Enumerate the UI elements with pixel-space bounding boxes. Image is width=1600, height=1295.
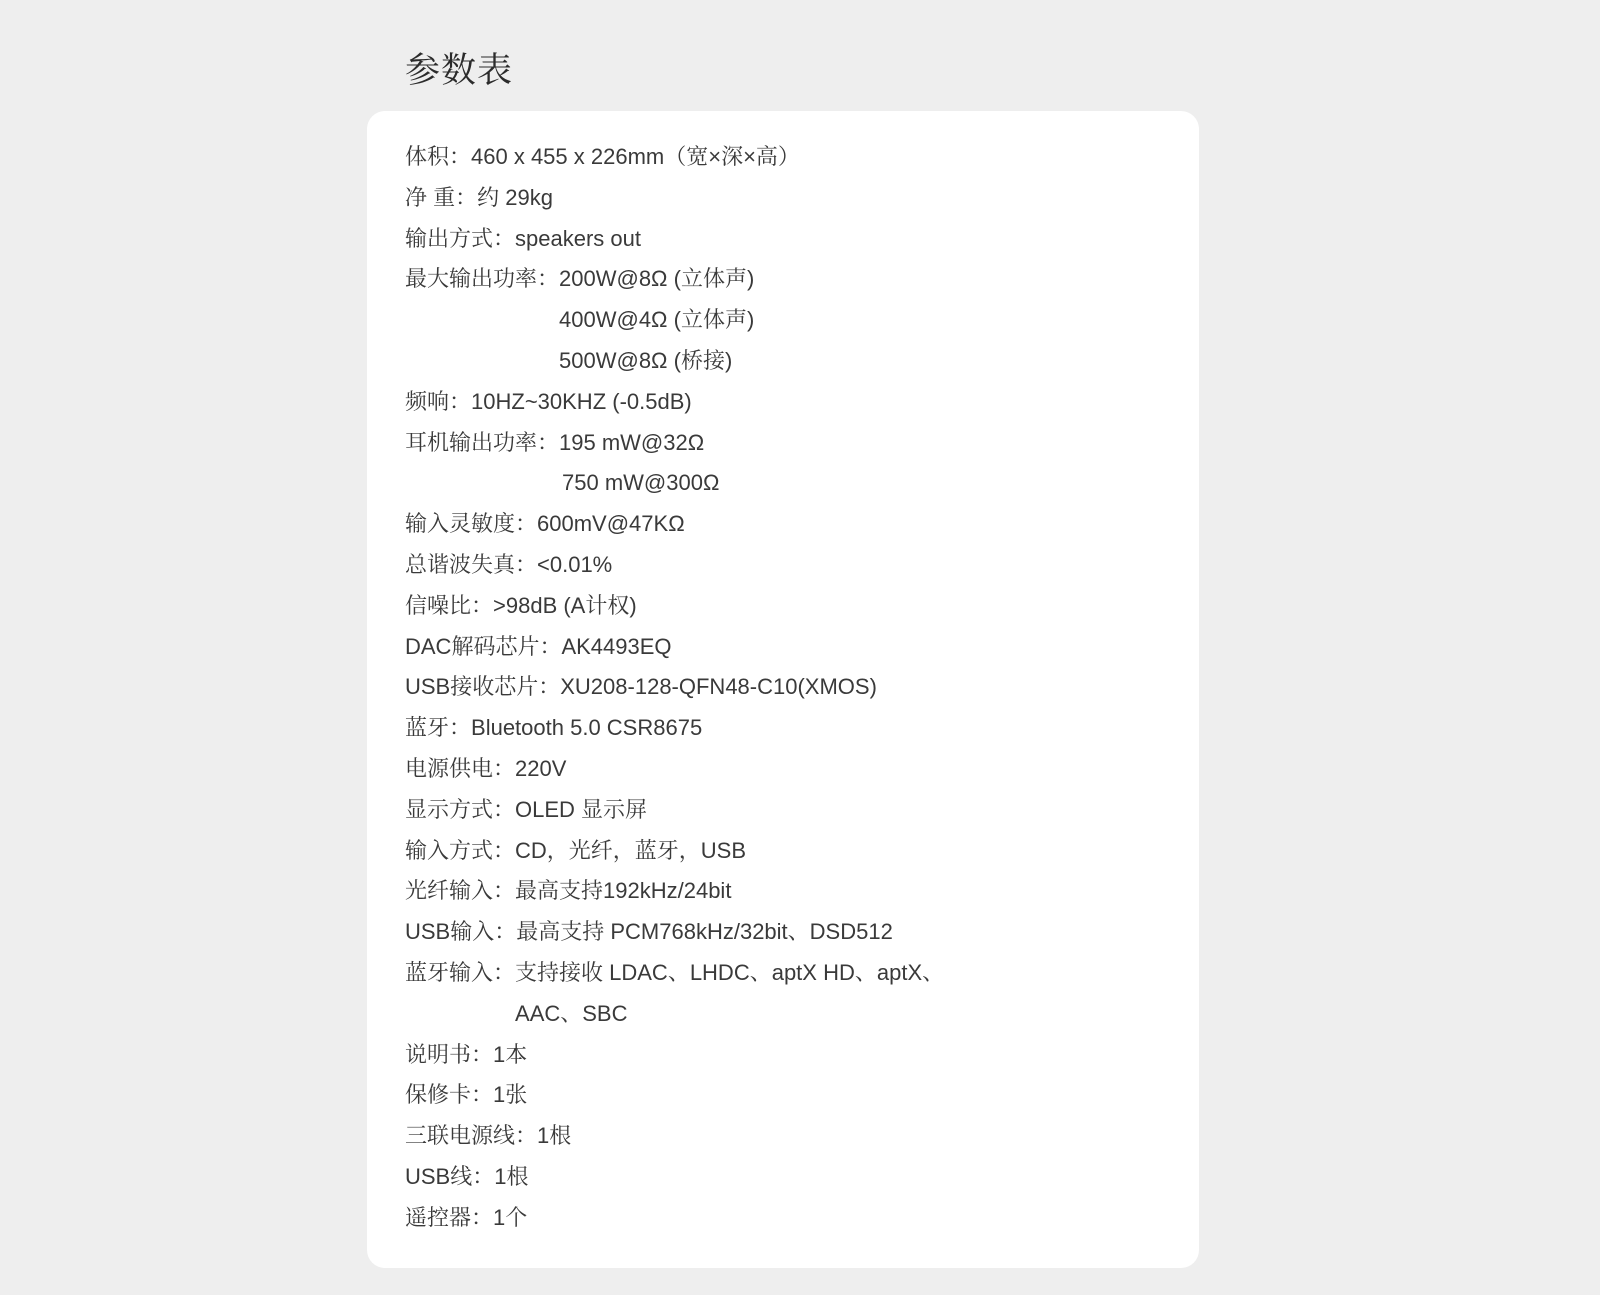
spec-label: 保修卡： bbox=[405, 1075, 493, 1116]
spec-row-power-cord: 三联电源线： 1根 bbox=[405, 1116, 944, 1157]
spec-value: 400W@4Ω (立体声) bbox=[559, 300, 754, 341]
spec-value: 600mV@47KΩ bbox=[537, 504, 685, 545]
spec-label: 输出方式： bbox=[405, 219, 515, 260]
spec-label: USB线： bbox=[405, 1157, 494, 1198]
spec-row-usb-receiver-chip: USB接收芯片： XU208-128-QFN48-C10(XMOS) bbox=[405, 667, 944, 708]
spec-row-power-supply: 电源供电： 220V bbox=[405, 749, 944, 790]
spec-label: 输入方式： bbox=[405, 831, 515, 872]
spec-label: 三联电源线： bbox=[405, 1116, 537, 1157]
spec-row-usb-cable: USB线： 1根 bbox=[405, 1157, 944, 1198]
spec-row-frequency-response: 频响： 10HZ~30KHZ (-0.5dB) bbox=[405, 382, 944, 423]
spec-value: XU208-128-QFN48-C10(XMOS) bbox=[560, 667, 877, 708]
spec-value: 最高支持 PCM768kHz/32bit、DSD512 bbox=[516, 912, 893, 953]
spec-value: <0.01% bbox=[537, 545, 612, 586]
spec-row-net-weight: 净 重： 约 29kg bbox=[405, 178, 944, 219]
spec-value: >98dB (A计权) bbox=[493, 586, 637, 627]
spec-row-input-modes: 输入方式： CD，光纤，蓝牙，USB bbox=[405, 831, 944, 872]
spec-label: 光纤输入： bbox=[405, 871, 515, 912]
spec-row-snr: 信噪比： >98dB (A计权) bbox=[405, 586, 944, 627]
spec-label: 最大输出功率： bbox=[405, 259, 559, 300]
spec-label: 显示方式： bbox=[405, 790, 515, 831]
spec-value: AAC、SBC bbox=[515, 994, 944, 1035]
spec-row-max-output-power: 最大输出功率： 200W@8Ω (立体声) 400W@4Ω (立体声) 500W… bbox=[405, 259, 944, 381]
spec-value: 460 x 455 x 226mm（宽×深×高） bbox=[471, 137, 800, 178]
spec-value: 10HZ~30KHZ (-0.5dB) bbox=[471, 382, 692, 423]
spec-row-output-mode: 输出方式： speakers out bbox=[405, 219, 944, 260]
spec-row-input-sensitivity: 输入灵敏度： 600mV@47KΩ bbox=[405, 504, 944, 545]
page-title: 参数表 bbox=[405, 44, 513, 98]
spec-label: USB输入： bbox=[405, 912, 516, 953]
spec-value: 200W@8Ω (立体声) bbox=[559, 259, 754, 300]
spec-row-dimensions: 体积： 460 x 455 x 226mm（宽×深×高） bbox=[405, 137, 944, 178]
spec-row-headphone-output-power: 耳机输出功率： 195 mW@32Ω 750 mW@300Ω bbox=[405, 423, 944, 505]
spec-label: 频响： bbox=[405, 382, 471, 423]
spec-value: 220V bbox=[515, 749, 566, 790]
spec-value: Bluetooth 5.0 CSR8675 bbox=[471, 708, 702, 749]
spec-label: 输入灵敏度： bbox=[405, 504, 537, 545]
spec-label: DAC解码芯片： bbox=[405, 627, 561, 668]
spec-label: 电源供电： bbox=[405, 749, 515, 790]
spec-label: 净 重： bbox=[405, 178, 477, 219]
spec-row-dac-chip: DAC解码芯片： AK4493EQ bbox=[405, 627, 944, 668]
spec-value: AK4493EQ bbox=[561, 627, 671, 668]
spec-value: 195 mW@32Ω bbox=[559, 423, 719, 464]
spec-label: 说明书： bbox=[405, 1035, 493, 1076]
spec-label: 蓝牙： bbox=[405, 708, 471, 749]
spec-list: 体积： 460 x 455 x 226mm（宽×深×高） 净 重： 约 29kg… bbox=[405, 137, 944, 1239]
spec-value: 1根 bbox=[537, 1116, 571, 1157]
spec-row-thd: 总谐波失真： <0.01% bbox=[405, 545, 944, 586]
spec-value: 最高支持192kHz/24bit bbox=[515, 871, 731, 912]
spec-row-bluetooth: 蓝牙： Bluetooth 5.0 CSR8675 bbox=[405, 708, 944, 749]
spec-label: 总谐波失真： bbox=[405, 545, 537, 586]
spec-card: 体积： 460 x 455 x 226mm（宽×深×高） 净 重： 约 29kg… bbox=[367, 111, 1199, 1268]
spec-value: 支持接收 LDAC、LHDC、aptX HD、aptX、 bbox=[515, 953, 944, 994]
spec-value: CD，光纤，蓝牙，USB bbox=[515, 831, 746, 872]
spec-value: OLED 显示屏 bbox=[515, 790, 647, 831]
spec-row-optical-input: 光纤输入： 最高支持192kHz/24bit bbox=[405, 871, 944, 912]
spec-value: speakers out bbox=[515, 219, 641, 260]
spec-row-display: 显示方式： OLED 显示屏 bbox=[405, 790, 944, 831]
spec-label: 体积： bbox=[405, 137, 471, 178]
spec-label: 耳机输出功率： bbox=[405, 423, 559, 464]
spec-label: USB接收芯片： bbox=[405, 667, 560, 708]
spec-value: 1个 bbox=[493, 1198, 527, 1239]
spec-value: 约 29kg bbox=[477, 178, 553, 219]
spec-label: 遥控器： bbox=[405, 1198, 493, 1239]
spec-row-bluetooth-input: 蓝牙输入： 支持接收 LDAC、LHDC、aptX HD、aptX、 AAC、S… bbox=[405, 953, 944, 1035]
spec-row-manual: 说明书： 1本 bbox=[405, 1035, 944, 1076]
spec-label: 信噪比： bbox=[405, 586, 493, 627]
spec-value: 750 mW@300Ω bbox=[559, 463, 719, 504]
spec-row-warranty-card: 保修卡： 1张 bbox=[405, 1075, 944, 1116]
spec-row-usb-input: USB输入： 最高支持 PCM768kHz/32bit、DSD512 bbox=[405, 912, 944, 953]
spec-value: 1根 bbox=[494, 1157, 528, 1198]
spec-row-remote-control: 遥控器： 1个 bbox=[405, 1198, 944, 1239]
spec-value: 500W@8Ω (桥接) bbox=[559, 341, 754, 382]
spec-value: 1张 bbox=[493, 1075, 527, 1116]
spec-value: 1本 bbox=[493, 1035, 527, 1076]
spec-label: 蓝牙输入： bbox=[405, 953, 515, 994]
